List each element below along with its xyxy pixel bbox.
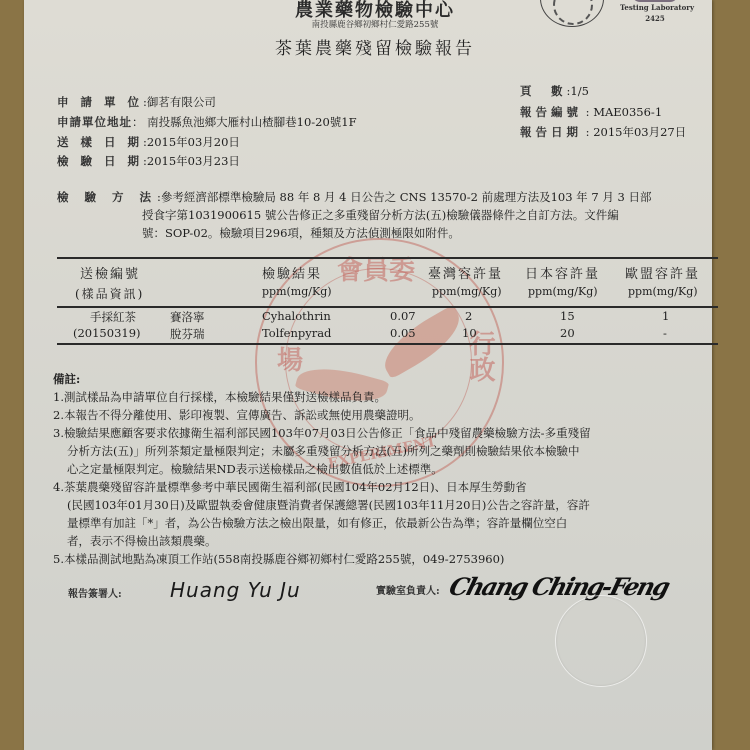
col-result: 檢驗結果 <box>262 263 322 282</box>
lab-head-signature: Chang Ching-Feng <box>446 572 672 601</box>
report-no-value: MAE0356-1 <box>593 105 662 119</box>
address-value: 南投縣魚池鄉大雁村山楂腳巷10-20號1F <box>147 115 356 129</box>
test-date-field: 檢 驗 日 期:2015年03月23日 <box>57 153 240 169</box>
signer-signature: Huang Yu Ju <box>170 578 301 602</box>
remark-item: 2.本報告不得分離使用、影印複製、宣傳廣告、訴訟或無使用農藥證明。 <box>53 406 723 424</box>
sample-date-field: 送 樣 日 期:2015年03月20日 <box>57 134 240 150</box>
sample-code: (20150319) <box>73 326 141 340</box>
table-header-rule <box>57 306 718 308</box>
test-method: 檢 驗 方 法:參考經濟部標準檢驗局 88 年 8 月 4 日公告之 CNS 1… <box>57 188 707 242</box>
col-result-unit: ppm(mg/Kg) <box>262 285 332 298</box>
report-no-field: 報告編號 : MAE0356-1 <box>520 104 662 120</box>
page-value: 1/5 <box>570 84 589 98</box>
remark-item: 3.檢驗結果應顧客要求依據衛生福利部民國103年07月03日公告修正「食品中殘留… <box>53 424 723 442</box>
table-top-rule <box>57 257 718 259</box>
col-japan-unit: ppm(mg/Kg) <box>528 285 598 298</box>
col-taiwan-unit: ppm(mg/Kg) <box>432 285 502 298</box>
lab-head-label: 實驗室負責人: <box>376 582 440 597</box>
remark-item: 5.本樣品測試地點為凍頂工作站(558南投縣鹿谷鄉初鄉村仁愛路255號，049-… <box>53 550 723 568</box>
remark-item: 者，表示不得檢出該類農藥。 <box>53 532 723 550</box>
address-field: 申請單位地址： 南投縣魚池鄉大雁村山楂腳巷10-20號1F <box>57 114 357 130</box>
report-date-value: 2015年03月27日 <box>593 125 686 139</box>
remark-item: 量標準有加註「*」者，為公告檢驗方法之檢出限量，如有修正，依最新公告為準；容許量… <box>53 514 723 532</box>
report-date-field: 報告日期 : 2015年03月27日 <box>520 124 686 140</box>
remark-item: 心之定量極限判定。檢驗結果ND表示送檢樣品之檢出數值低於上述標準。 <box>53 460 723 478</box>
applicant-field: 申 請 單 位:御茗有限公司 <box>57 94 216 110</box>
col-eu-unit: ppm(mg/Kg) <box>628 285 698 298</box>
applicant-value: 御茗有限公司 <box>147 95 216 109</box>
remarks-title: 備註: <box>53 370 723 388</box>
remark-item: 1.測試樣品為申請單位自行採樣，本檢驗結果僅對送檢樣品負責。 <box>53 388 723 406</box>
remark-item: 4.茶葉農藥殘留容許量標準參考中華民國衛生福利部(民國104年02月12日)、日… <box>53 478 723 496</box>
col-taiwan: 臺灣容許量 <box>428 263 503 282</box>
remark-item: 分析方法(五)」所列茶類定量極限判定；未屬多重殘留分析方法(五)所列之藥劑則檢驗… <box>53 442 723 460</box>
sample-name: 手採紅茶 <box>90 309 136 325</box>
col-japan: 日本容許量 <box>525 263 600 282</box>
sample-date-value: 2015年03月20日 <box>147 135 240 149</box>
remark-item: (民國103年01月30日)及歐盟執委會健康暨消費者保護總署(民國103年11月… <box>53 496 723 514</box>
test-date-value: 2015年03月23日 <box>147 154 240 168</box>
col-eu: 歐盟容許量 <box>625 263 700 282</box>
report-title: 茶葉農藥殘留檢驗報告 <box>0 34 750 59</box>
table-bottom-rule <box>57 343 718 345</box>
page-field: 頁 數:1/5 <box>520 83 589 99</box>
signer-label: 報告簽署人: <box>68 585 122 600</box>
col-sample-info: (樣品資訊) <box>75 285 144 302</box>
embossed-seal <box>555 595 647 687</box>
org-address: 南投縣鹿谷鄉初鄉村仁愛路255號 <box>0 18 750 30</box>
remarks-section: 備註: 1.測試樣品為申請單位自行採樣，本檢驗結果僅對送檢樣品負責。 2.本報告… <box>53 370 723 568</box>
col-sample-id: 送檢編號 <box>80 263 140 282</box>
